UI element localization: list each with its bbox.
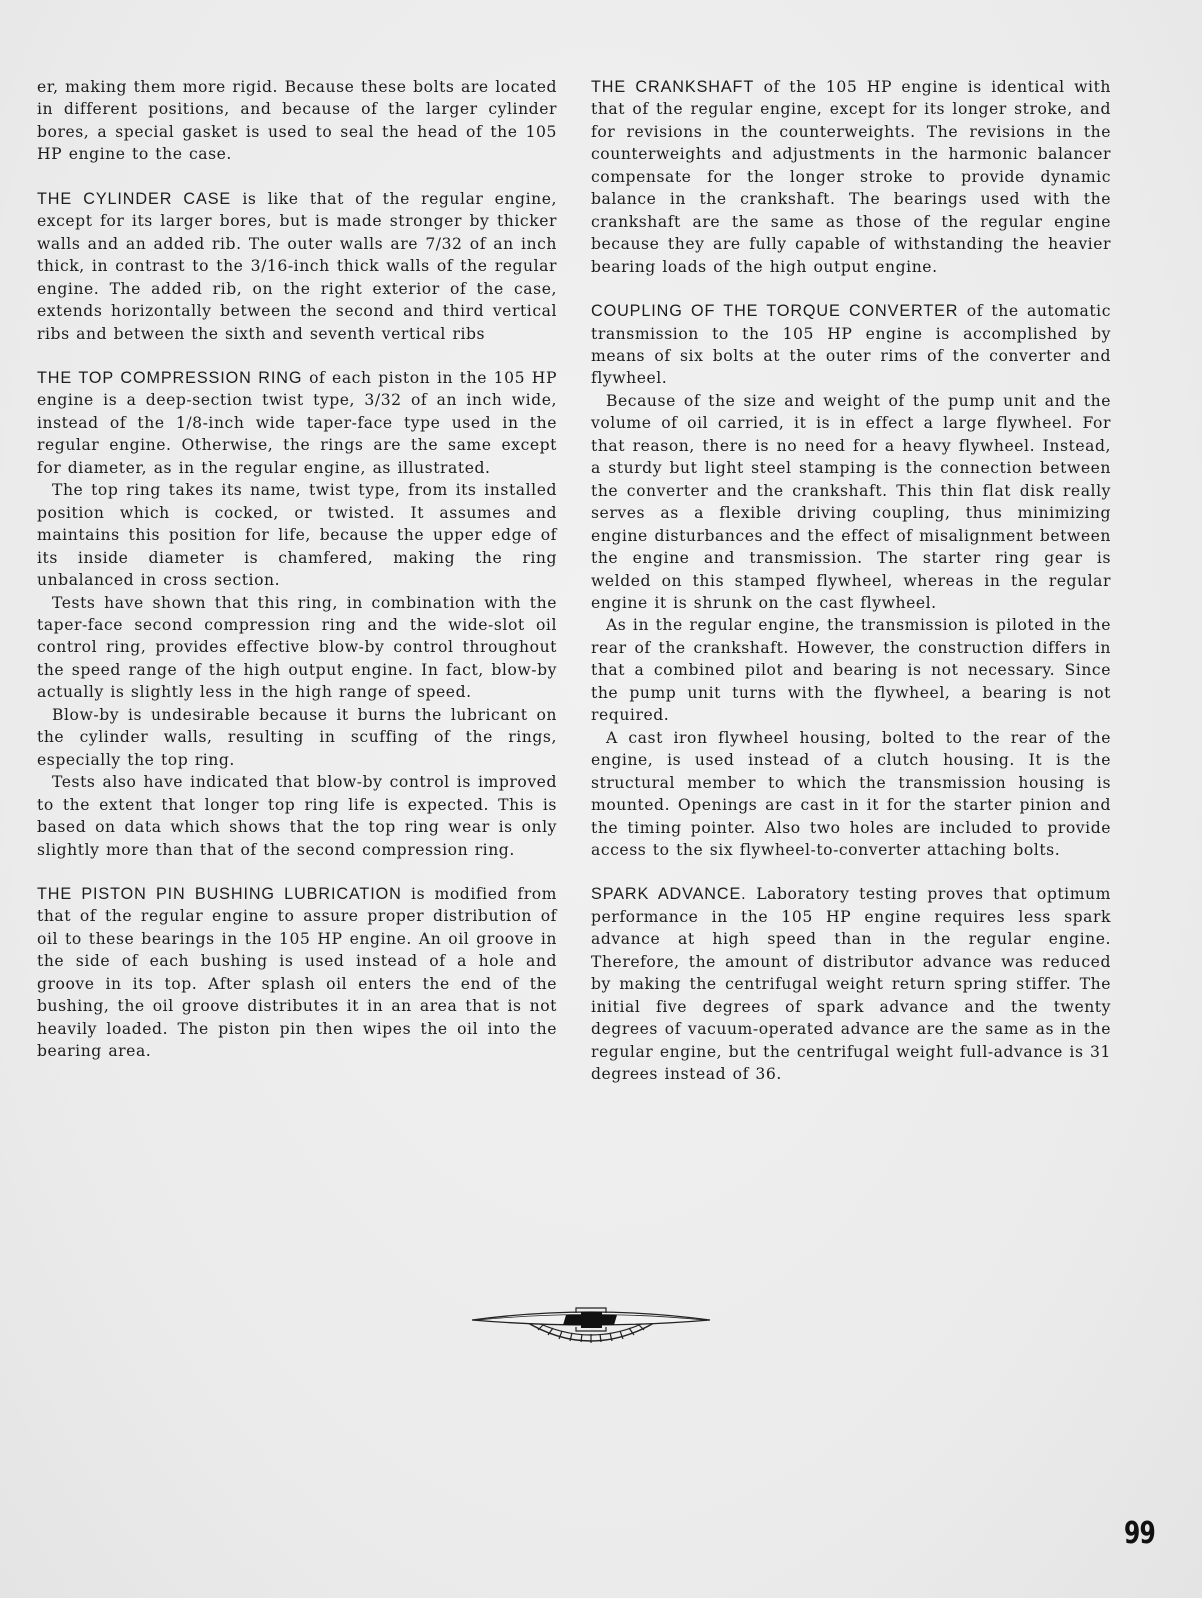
chevrolet-bowtie-emblem-icon bbox=[468, 1300, 714, 1360]
section-cylinder-case: THE CYLINDER CASE is like that of the re… bbox=[37, 188, 557, 345]
section-torque-converter-coupling: COUPLING OF THE TORQUE CONVERTER of the … bbox=[591, 300, 1111, 861]
section-heading: THE TOP COMPRESSION RING bbox=[37, 369, 302, 387]
section-heading: SPARK ADVANCE. bbox=[591, 885, 747, 903]
paragraph: Because of the size and weight of the pu… bbox=[591, 390, 1111, 615]
document-page: er, making them more rigid. Because thes… bbox=[0, 0, 1202, 1598]
paragraph: er, making them more rigid. Because thes… bbox=[37, 76, 557, 166]
section-top-compression-ring: THE TOP COMPRESSION RING of each piston … bbox=[37, 367, 557, 861]
paragraph: Tests also have indicated that blow-by c… bbox=[37, 771, 557, 861]
paragraph: THE TOP COMPRESSION RING of each piston … bbox=[37, 367, 557, 479]
section-heading: THE CRANKSHAFT bbox=[591, 78, 754, 96]
section-crankshaft: THE CRANKSHAFT of the 105 HP engine is i… bbox=[591, 76, 1111, 278]
paragraph-text: is modi­fied from that of the regular en… bbox=[37, 885, 557, 1060]
paragraph: COUPLING OF THE TORQUE CONVERTER of the … bbox=[591, 300, 1111, 390]
section-heading: THE PISTON PIN BUSHING LUBRICATION bbox=[37, 885, 402, 903]
paragraph: THE CYLINDER CASE is like that of the re… bbox=[37, 188, 557, 345]
page-number: 99 bbox=[1124, 1516, 1155, 1551]
paragraph: THE CRANKSHAFT of the 105 HP engine is i… bbox=[591, 76, 1111, 278]
section-spark-advance: SPARK ADVANCE. Laboratory testing proves… bbox=[591, 883, 1111, 1085]
paragraph-text: er, making them more rigid. Because thes… bbox=[37, 78, 557, 163]
section-heading: THE CYLINDER CASE bbox=[37, 190, 231, 208]
paragraph-text: is like that of the regular en­gine, exc… bbox=[37, 190, 557, 343]
paragraph: The top ring takes its name, twist type,… bbox=[37, 479, 557, 591]
section-heading: COUPLING OF THE TORQUE CONVERTER bbox=[591, 302, 958, 320]
section-piston-pin-bushing: THE PISTON PIN BUSHING LUBRICATION is mo… bbox=[37, 883, 557, 1063]
paragraph: As in the regular engine, the transmissi… bbox=[591, 614, 1111, 726]
paragraph: Blow-by is undesirable because it burns … bbox=[37, 704, 557, 771]
paragraph: Tests have shown that this ring, in comb… bbox=[37, 592, 557, 704]
paragraph: A cast iron flywheel housing, bolted to … bbox=[591, 727, 1111, 862]
paragraph-text: Laboratory testing proves that optimum p… bbox=[591, 885, 1111, 1083]
right-column: THE CRANKSHAFT of the 105 HP engine is i… bbox=[591, 76, 1111, 1107]
paragraph-text: of the 105 HP engine is identical with t… bbox=[591, 78, 1111, 276]
section-head-gasket: er, making them more rigid. Because thes… bbox=[37, 76, 557, 166]
left-column: er, making them more rigid. Because thes… bbox=[37, 76, 557, 1085]
paragraph: SPARK ADVANCE. Laboratory testing proves… bbox=[591, 883, 1111, 1085]
paragraph: THE PISTON PIN BUSHING LUBRICATION is mo… bbox=[37, 883, 557, 1063]
